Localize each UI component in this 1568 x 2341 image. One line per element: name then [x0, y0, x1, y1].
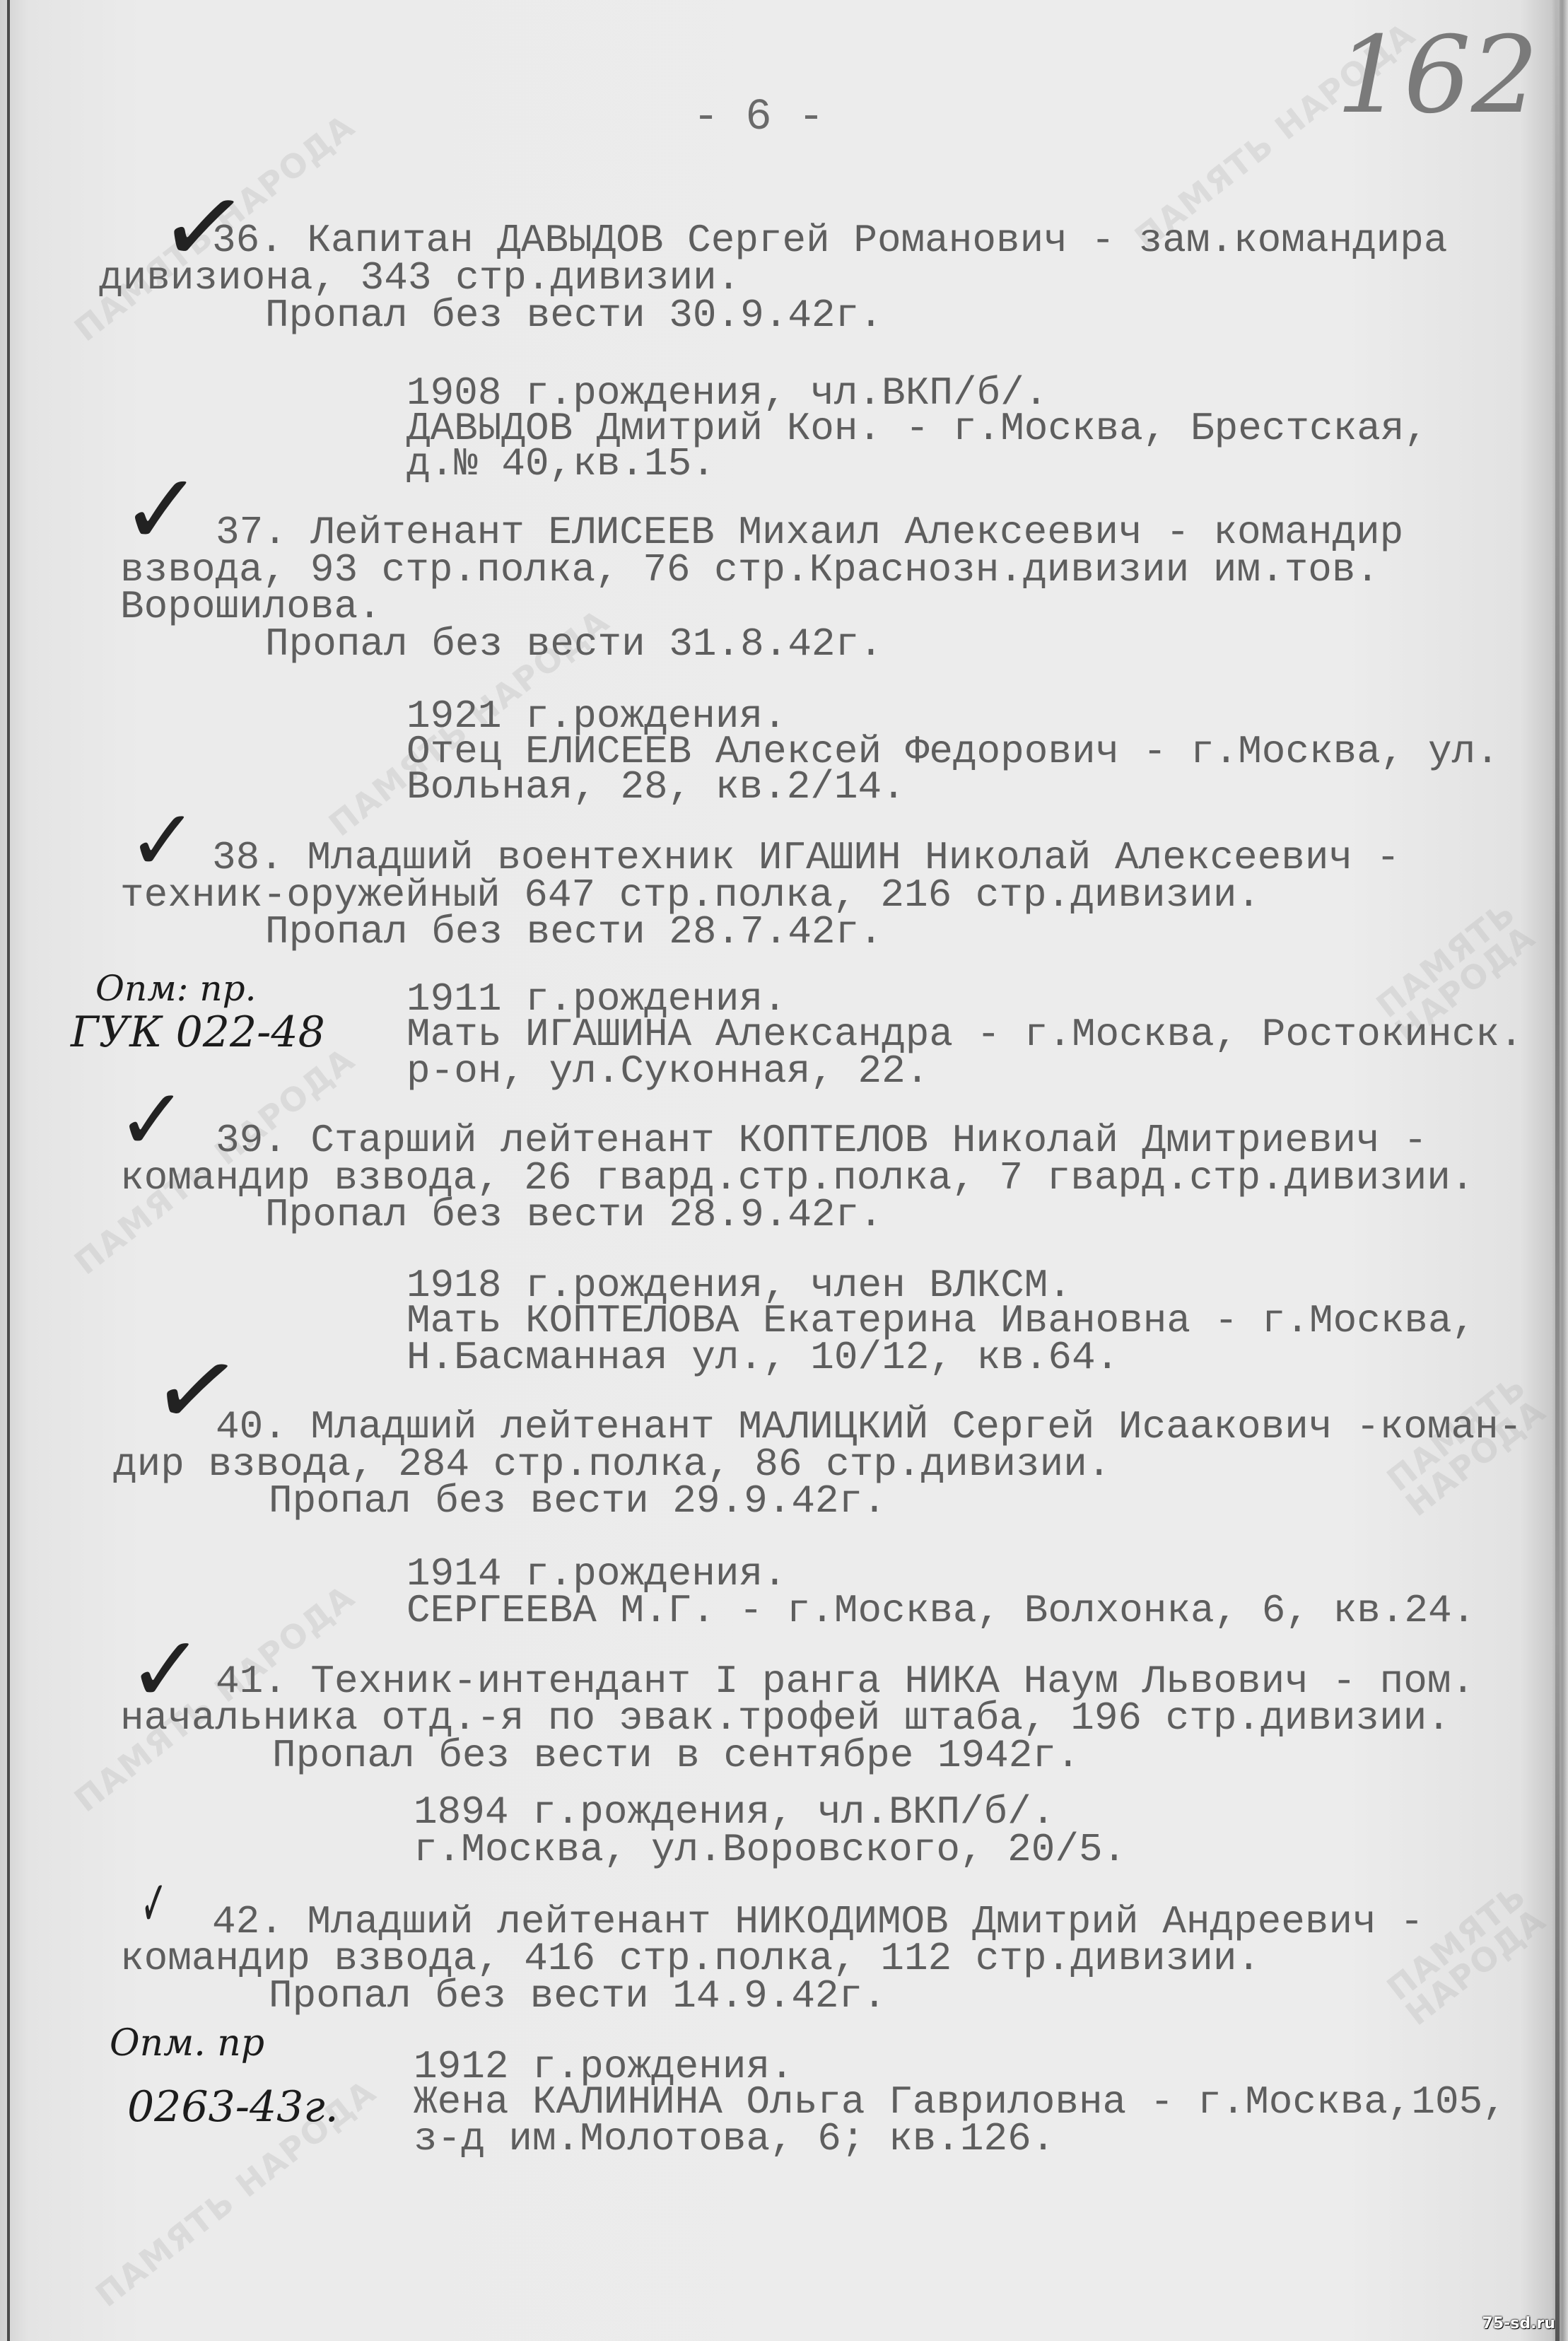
document-page: ПАМЯТЬ НАРОДА ПАМЯТЬ НАРОДА ПАМЯТЬ НАРОД… [0, 0, 1568, 2341]
entry-37-missing: Пропал без вести 31.8.42г. [265, 624, 883, 664]
entry-41-birth: 1894 г.рождения, чл.ВКП/б/. [414, 1792, 1055, 1832]
watermark: ПАМЯТЬ НАРОДА [1367, 1867, 1565, 2042]
entry-38-line-1: 38. Младший воентехник ИГАШИН Николай Ал… [212, 838, 1400, 877]
entry-41-line-2: начальника отд.-я по эвак.трофей штаба, … [120, 1698, 1451, 1738]
entry-42-relative-2: з-д им.Молотова, 6; кв.126. [414, 2119, 1055, 2159]
entry-39-line-1: 39. Старший лейтенант КОПТЕЛОВ Николай Д… [216, 1121, 1427, 1160]
entry-40-line-1: 40. Младший лейтенант МАЛИЦКИЙ Сергей Ис… [216, 1407, 1522, 1447]
entry-37-line-3: Ворошилова. [120, 587, 382, 626]
checkmark-icon: ✓ [141, 1867, 168, 1941]
entry-41-missing: Пропал без вести в сентябре 1942г. [272, 1736, 1080, 1775]
entry-37-line-1: 37. Лейтенант ЕЛИСЕЕВ Михаил Алексеевич … [216, 513, 1403, 552]
entry-40-relative-1: СЕРГЕЕВА М.Г. - г.Москва, Волхонка, 6, к… [406, 1591, 1475, 1630]
entry-36-line-1: 36. Капитан ДАВЫДОВ Сергей Романович - з… [212, 221, 1447, 260]
margin-note-handwritten: Опм. пр [110, 2022, 264, 2065]
site-credit: 75-sd.ru [1482, 2315, 1555, 2333]
page-number: - 6 - [693, 92, 824, 142]
entry-36-missing: Пропал без вести 30.9.42г. [265, 296, 883, 335]
entry-39-relative-2: Н.Басманная ул., 10/12, кв.64. [406, 1338, 1119, 1377]
entry-40-missing: Пропал без вести 29.9.42г. [269, 1481, 887, 1521]
entry-39-missing: Пропал без вести 28.9.42г. [265, 1195, 883, 1234]
entry-36-line-2: дивизиона, 343 стр.дивизии. [99, 258, 740, 298]
entry-41-relative-1: г.Москва, ул.Воровского, 20/5. [414, 1830, 1126, 1869]
entry-36-relative-2: д.№ 40,кв.15. [406, 444, 715, 484]
entry-37-relative-2: Вольная, 28, кв.2/14. [406, 767, 906, 807]
folio-number-handwritten: 162 [1336, 14, 1538, 137]
entry-42-line-2: командир взвода, 416 стр.полка, 112 стр.… [120, 1939, 1260, 1978]
page-left-edge [7, 0, 10, 2341]
margin-note-handwritten: Опм: пр. [95, 967, 257, 1010]
entry-42-missing: Пропал без вести 14.9.42г. [269, 1976, 887, 2016]
margin-note-handwritten: 0263-43г. [127, 2086, 339, 2128]
page-right-edge [1555, 0, 1560, 2341]
margin-note-handwritten: ГУК 022-48 [71, 1011, 325, 1053]
entry-38-relative-2: р-он, ул.Суконная, 22. [406, 1051, 929, 1091]
entry-38-missing: Пропал без вести 28.7.42г. [265, 912, 883, 952]
